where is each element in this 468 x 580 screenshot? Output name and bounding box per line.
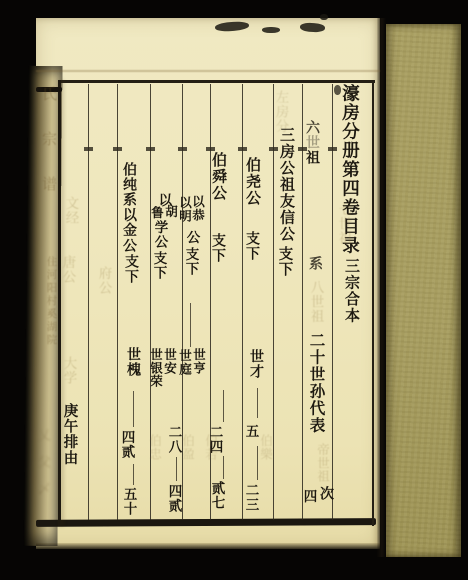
char: 六 (304, 120, 319, 135)
branch-suffix: 支下 (277, 246, 292, 277)
entry-name: 胡 (164, 205, 177, 218)
ink-smudge (320, 14, 328, 20)
entry-name: 伯纯系以金公 (121, 162, 135, 253)
descendant-name: 世槐 (125, 347, 139, 377)
descendant-name: 世亨 (192, 348, 205, 375)
connector-stroke (190, 303, 191, 347)
book-spine (384, 24, 461, 557)
descendants-heading: 二十世孙代表 (308, 332, 324, 434)
descendant-name: 世安 (163, 348, 176, 375)
cover-residence-note: 住河阳村奚湖院 (45, 256, 56, 347)
bleed-text: 伯忠 (148, 434, 161, 461)
branch-heading: 三房公祖友信公 (278, 127, 293, 243)
divider-tick (269, 147, 278, 151)
char: 世 (304, 135, 319, 150)
connector-stroke (257, 388, 258, 418)
entry-name: 伯舜公 (210, 152, 225, 202)
entry-suffix: 支下 (152, 251, 166, 280)
page-number: 贰七 (210, 481, 224, 510)
paper-crease (36, 70, 380, 72)
sixth-ancestor-label: 六世祖 (304, 120, 318, 166)
page-bottom-edge (36, 543, 380, 549)
descendant-name: 世庭 (178, 349, 191, 376)
char: 祖 (304, 150, 319, 165)
page-number: 五十 (122, 487, 136, 516)
bleed-text: 七世祖 (337, 202, 351, 246)
entry-suffix: 支下 (123, 254, 137, 284)
page-number: 五 (244, 424, 258, 439)
bleed-text: 府公 (97, 266, 111, 295)
page-number: 二三 (244, 483, 258, 512)
divider-tick (146, 147, 155, 151)
bleed-text: 八世祖 (309, 280, 323, 324)
collation-mark (334, 85, 341, 95)
cover-title: 氏宗谱 (40, 86, 55, 221)
divider-tick (328, 147, 337, 151)
print-note: 庚午排由 (62, 403, 77, 466)
cover-illegible-marks: 乂父乄 (37, 428, 50, 509)
entry-suffix: 支下 (244, 231, 258, 261)
bleed-text: 唐公 (61, 255, 75, 284)
entry-name-tail: 学公 (153, 220, 167, 249)
bleed-text: 大学 (62, 356, 76, 385)
page-number: 四贰 (167, 484, 181, 513)
divider-tick (84, 147, 93, 151)
divider-tick (238, 147, 247, 151)
bleed-text: 伯樂 (259, 434, 272, 461)
divider-tick (113, 147, 122, 151)
entry-name: 以恭 (191, 195, 204, 222)
connector-stroke (223, 456, 224, 479)
entry-suffix: 支下 (184, 247, 198, 276)
descendant-name: 世银荣 (149, 348, 162, 388)
descendant-name: 世才 (248, 349, 262, 379)
bleed-text: 伯若 (204, 434, 217, 461)
order-char: 次 (318, 486, 332, 501)
entry-suffix: 支下 (210, 233, 224, 263)
genealogy-book-photo: 濠房分册第四卷目录 三宗合本 七世祖 六世祖 系 八世祖 二十世孙代表 帝世祖 … (0, 0, 468, 580)
connector-stroke (133, 464, 134, 485)
divider-tick (206, 147, 215, 151)
page-spine-gutter-shadow (377, 18, 386, 557)
table-left-border (58, 80, 61, 526)
connector-stroke (133, 391, 134, 427)
entry-name: 鲁 (150, 206, 163, 219)
connector-stroke (176, 457, 177, 481)
entry-name: 以明 (178, 196, 191, 223)
bleed-text: 伯盈 (181, 434, 194, 461)
connector-stroke (223, 390, 224, 422)
bleed-text: 文经 (64, 196, 78, 225)
page-number: 二八 (167, 425, 181, 454)
divider-tick (178, 147, 187, 151)
ink-smudge (262, 27, 280, 33)
table-top-border (58, 80, 375, 83)
connector-stroke (257, 446, 258, 480)
entry-name-suffix: 公 (185, 230, 199, 245)
edition-note: 三宗合本 (343, 258, 358, 324)
lineage-char: 系 (307, 256, 321, 271)
page-number: 四 (302, 489, 316, 504)
page-number: 四贰 (120, 430, 134, 459)
table-right-border (372, 80, 374, 526)
entry-name: 伯尧公 (244, 157, 259, 207)
bleed-text: 帝世祖 (316, 443, 329, 483)
